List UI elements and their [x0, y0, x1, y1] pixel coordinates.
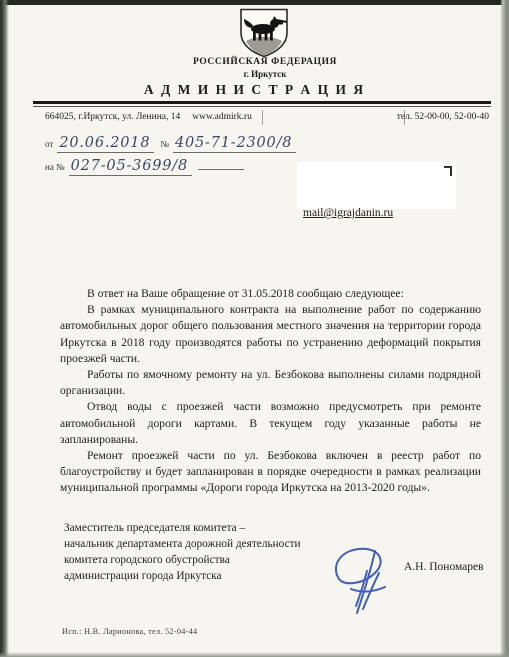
- ref-from-label: от: [45, 139, 53, 149]
- executor-line: Исп.: Н.В. Ларионова, тел. 52-04-44: [62, 627, 197, 636]
- position-line: Заместитель председателя комитета –: [64, 520, 301, 536]
- ref-number-sign: №: [160, 139, 169, 149]
- recipient-email: mail@igrajdanin.ru: [303, 207, 393, 219]
- incoming-reference-line: на №027-05-3699/8: [45, 154, 244, 176]
- address-divider: [262, 110, 263, 125]
- irkutsk-coat-of-arms-icon: [233, 8, 295, 58]
- handwritten-signature-icon: [323, 543, 411, 619]
- outgoing-number-handwritten: 405-71-2300/8: [173, 134, 296, 153]
- body-paragraph: Отвод воды с проезжей части возможно пре…: [60, 399, 481, 448]
- position-line: комитета городского обустройства: [64, 552, 301, 568]
- body-paragraph: Ремонт проезжей части по ул. Безбокова в…: [60, 448, 481, 497]
- scan-edge-right: [500, 0, 509, 657]
- body-paragraph: В рамках муниципального контракта на вып…: [60, 302, 481, 367]
- position-line: начальник департамента дорожной деятельн…: [64, 536, 301, 552]
- phone-line: тел. 52-00-00, 52-00-40: [397, 112, 489, 122]
- corner-bracket-mark: [444, 166, 452, 176]
- scan-edge-bottom: [0, 652, 509, 657]
- signatory-name: А.Н. Пономарев: [404, 561, 484, 573]
- ref-blank-underline: [198, 154, 244, 170]
- scan-edge-left: [0, 0, 9, 657]
- address-line: 664025, г.Иркутск, ул. Ленина, 14www.adm…: [45, 112, 252, 122]
- city-name: г. Иркутск: [115, 69, 415, 79]
- redacted-recipient-box: [297, 162, 456, 209]
- country-name: РОССИЙСКАЯ ФЕДЕРАЦИЯ: [115, 57, 415, 67]
- body-paragraph: В ответ на Ваше обращение от 31.05.2018 …: [60, 286, 481, 302]
- position-line: администрации города Иркутска: [64, 568, 301, 584]
- website: www.admirk.ru: [192, 112, 252, 122]
- scanned-letter-page: РОССИЙСКАЯ ФЕДЕРАЦИЯ г. Иркутск А Д М И …: [0, 0, 509, 657]
- header-rule-thick: [33, 101, 491, 104]
- header-rule-thin: [33, 106, 491, 107]
- organization-title: А Д М И Н И С Т Р А Ц И Я: [30, 82, 479, 98]
- incoming-number-handwritten: 027-05-3699/8: [69, 157, 192, 176]
- postal-address: 664025, г.Иркутск, ул. Ленина, 14: [45, 112, 180, 122]
- ref-incoming-label: на №: [45, 162, 65, 172]
- scan-edge-top: [0, 0, 509, 5]
- letter-body: В ответ на Ваше обращение от 31.05.2018 …: [60, 286, 481, 497]
- body-paragraph: Работы по ямочному ремонту на ул. Безбок…: [60, 367, 481, 399]
- outgoing-reference-line: от20.06.2018№405-71-2300/8: [45, 134, 302, 153]
- outgoing-date-handwritten: 20.06.2018: [57, 134, 154, 153]
- signatory-position: Заместитель председателя комитета – нача…: [64, 520, 301, 584]
